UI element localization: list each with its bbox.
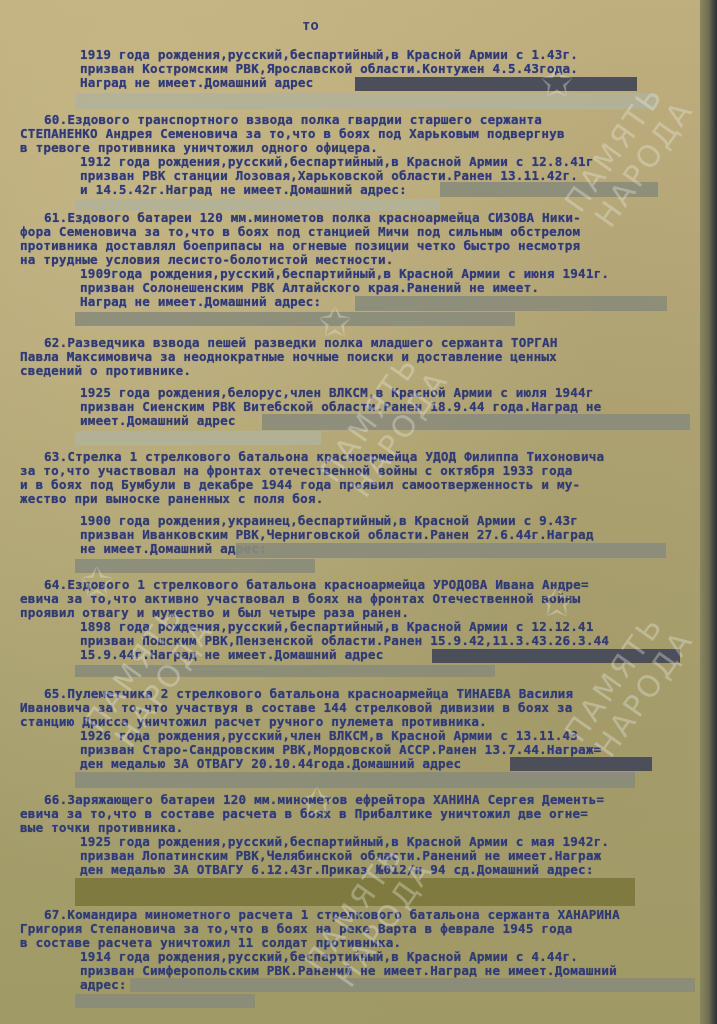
- redacted-address: [236, 543, 666, 558]
- watermark-star-icon: ✩: [540, 60, 574, 106]
- entry-line: 67.Командира минометного расчета 1 стрел…: [44, 908, 620, 922]
- entry-line: проявил отвагу и мужество и был четыре р…: [20, 606, 409, 620]
- redacted-address: [510, 757, 652, 771]
- entry-line: Наград не имеет.Домашний адрес:: [80, 295, 321, 309]
- entry-line: 1914 года рождения,русский,беспартийный,…: [80, 950, 578, 964]
- entry-line: 1900 года рождения,украинец,беспартийный…: [80, 514, 578, 528]
- entry-line: призван Иванковским РВК,Черниговской обл…: [80, 528, 594, 542]
- entry-line: ден медалью ЗА ОТВАГУ 6.12.43г.Приказ №0…: [80, 863, 594, 877]
- entry-line: ден медалью ЗА ОТВАГУ 20.10.44года.Домаш…: [80, 757, 461, 771]
- redacted-address: [355, 77, 637, 91]
- redacted-address: [432, 649, 680, 663]
- entry-line: призван Лопатинским РВК,Челябинской обла…: [80, 849, 601, 863]
- entry-line: сведений о противнике.: [20, 364, 191, 378]
- entry-line: 61.Ездового батареи 120 мм.минометов пол…: [44, 211, 581, 225]
- entry-line: 1926 года рождения,русский,член ВЛКСМ,в …: [80, 729, 578, 743]
- redacted-address: [355, 296, 667, 311]
- entry-line: противника доставлял боеприпасы на огнев…: [20, 239, 580, 253]
- entry-line: 60.Ездового транспортного взвода полка г…: [44, 113, 542, 127]
- watermark-star-icon: ✩: [80, 560, 114, 606]
- entry-line: призван Симферопольским РВК.Ранений не и…: [80, 964, 617, 978]
- entry-line: вые точки противника.: [20, 821, 183, 835]
- entry-line: в составе расчета уничтожил 11 солдат пр…: [20, 936, 401, 950]
- entry-line: жество при выноске раненных с поля боя.: [20, 492, 324, 506]
- redacted-address: [262, 414, 690, 430]
- entry-line: 15.9.44г.Наград не имеет.Домашний адрес: [80, 648, 384, 662]
- redacted-address: [130, 978, 695, 992]
- entry-line: 62.Разведчика взвода пешей разведки полк…: [44, 336, 558, 350]
- redacted-line: [75, 772, 635, 788]
- redacted-address: [75, 878, 635, 906]
- page-edge: [700, 0, 717, 1024]
- redacted-line: [75, 431, 321, 445]
- entry-line: СТЕПАНЕНКО Андрея Семеновича за то,что в…: [20, 127, 565, 141]
- entry-line: 1898 года рождения,русский,беспартийный,…: [80, 620, 594, 634]
- entry-line: Григория Степановича за то,что в боях на…: [20, 922, 573, 936]
- entry-line: 64.Ездового 1 стрелкового батальона крас…: [44, 578, 589, 592]
- entry-line: фора Семеновича за то,что в боях под ста…: [20, 225, 580, 239]
- entry-line: имеет.Домашний адрес: [80, 414, 236, 428]
- entry-line: 1925 года рождения,белорус,член ВЛКСМ,в …: [80, 386, 594, 400]
- entry-line: станцию Дрисса уничтожил расчет ручного …: [20, 715, 487, 729]
- entry-line: призван Сиенским РВК Витебской области.Р…: [80, 400, 601, 414]
- watermark-star-icon: ✩: [540, 580, 574, 626]
- entry-line: 1909года рождения,русский,беспартийный,в…: [80, 267, 609, 281]
- entry-line: и в боях под Бумбули в декабре 1944 года…: [20, 478, 580, 492]
- entry-line: призван Старо-Сандровским РВК,Мордовской…: [80, 743, 601, 757]
- entry-line: призван Солонешенским РВК Алтайского кра…: [80, 281, 539, 295]
- entry-line: 1925 года рождения,русский,беспартийный,…: [80, 835, 609, 849]
- redacted-line: [75, 312, 515, 326]
- page-header: то: [302, 18, 319, 34]
- watermark-star-icon: ✩: [300, 780, 334, 826]
- redacted-line: [75, 994, 255, 1008]
- entry-line: 65.Пулеметчика 2 стрелкового батальона к…: [44, 687, 573, 701]
- entry-line: Павла Максимовича за неоднократные ночны…: [20, 350, 557, 364]
- entry-line: адрес:: [80, 978, 127, 992]
- redacted-address: [440, 182, 658, 197]
- entry-line: 1919 года рождения,русский,беспартийный,…: [80, 48, 578, 62]
- watermark-star-icon: ✩: [318, 300, 352, 346]
- entry-line: призван Костромским РВК,Ярославской обла…: [80, 62, 578, 76]
- entry-line: призван Пошским РВК,Пензенской области.Р…: [80, 634, 609, 648]
- entry-line: на трудные условия лесисто-болотистой ме…: [20, 253, 394, 267]
- entry-line: 1912 года рождения,русский,беспартийный,…: [80, 155, 594, 169]
- entry-line: за то,что участвовал на фронтах отечеств…: [20, 464, 573, 478]
- redacted-line: [75, 665, 495, 677]
- entry-line: в тревоге противника уничтожил одного оф…: [20, 141, 378, 155]
- entry-line: призван РВК станции Лозовая,Харьковской …: [80, 169, 578, 183]
- entry-line: и 14.5.42г.Наград не имеет.Домашний адре…: [80, 183, 407, 197]
- entry-line: 63.Стрелка 1 стрелкового батальона красн…: [44, 450, 604, 464]
- entry-line: Ивановича за то,что участвуя в составе 1…: [20, 701, 573, 715]
- entry-line: Наград не имеет.Домашний адрес: [80, 76, 313, 90]
